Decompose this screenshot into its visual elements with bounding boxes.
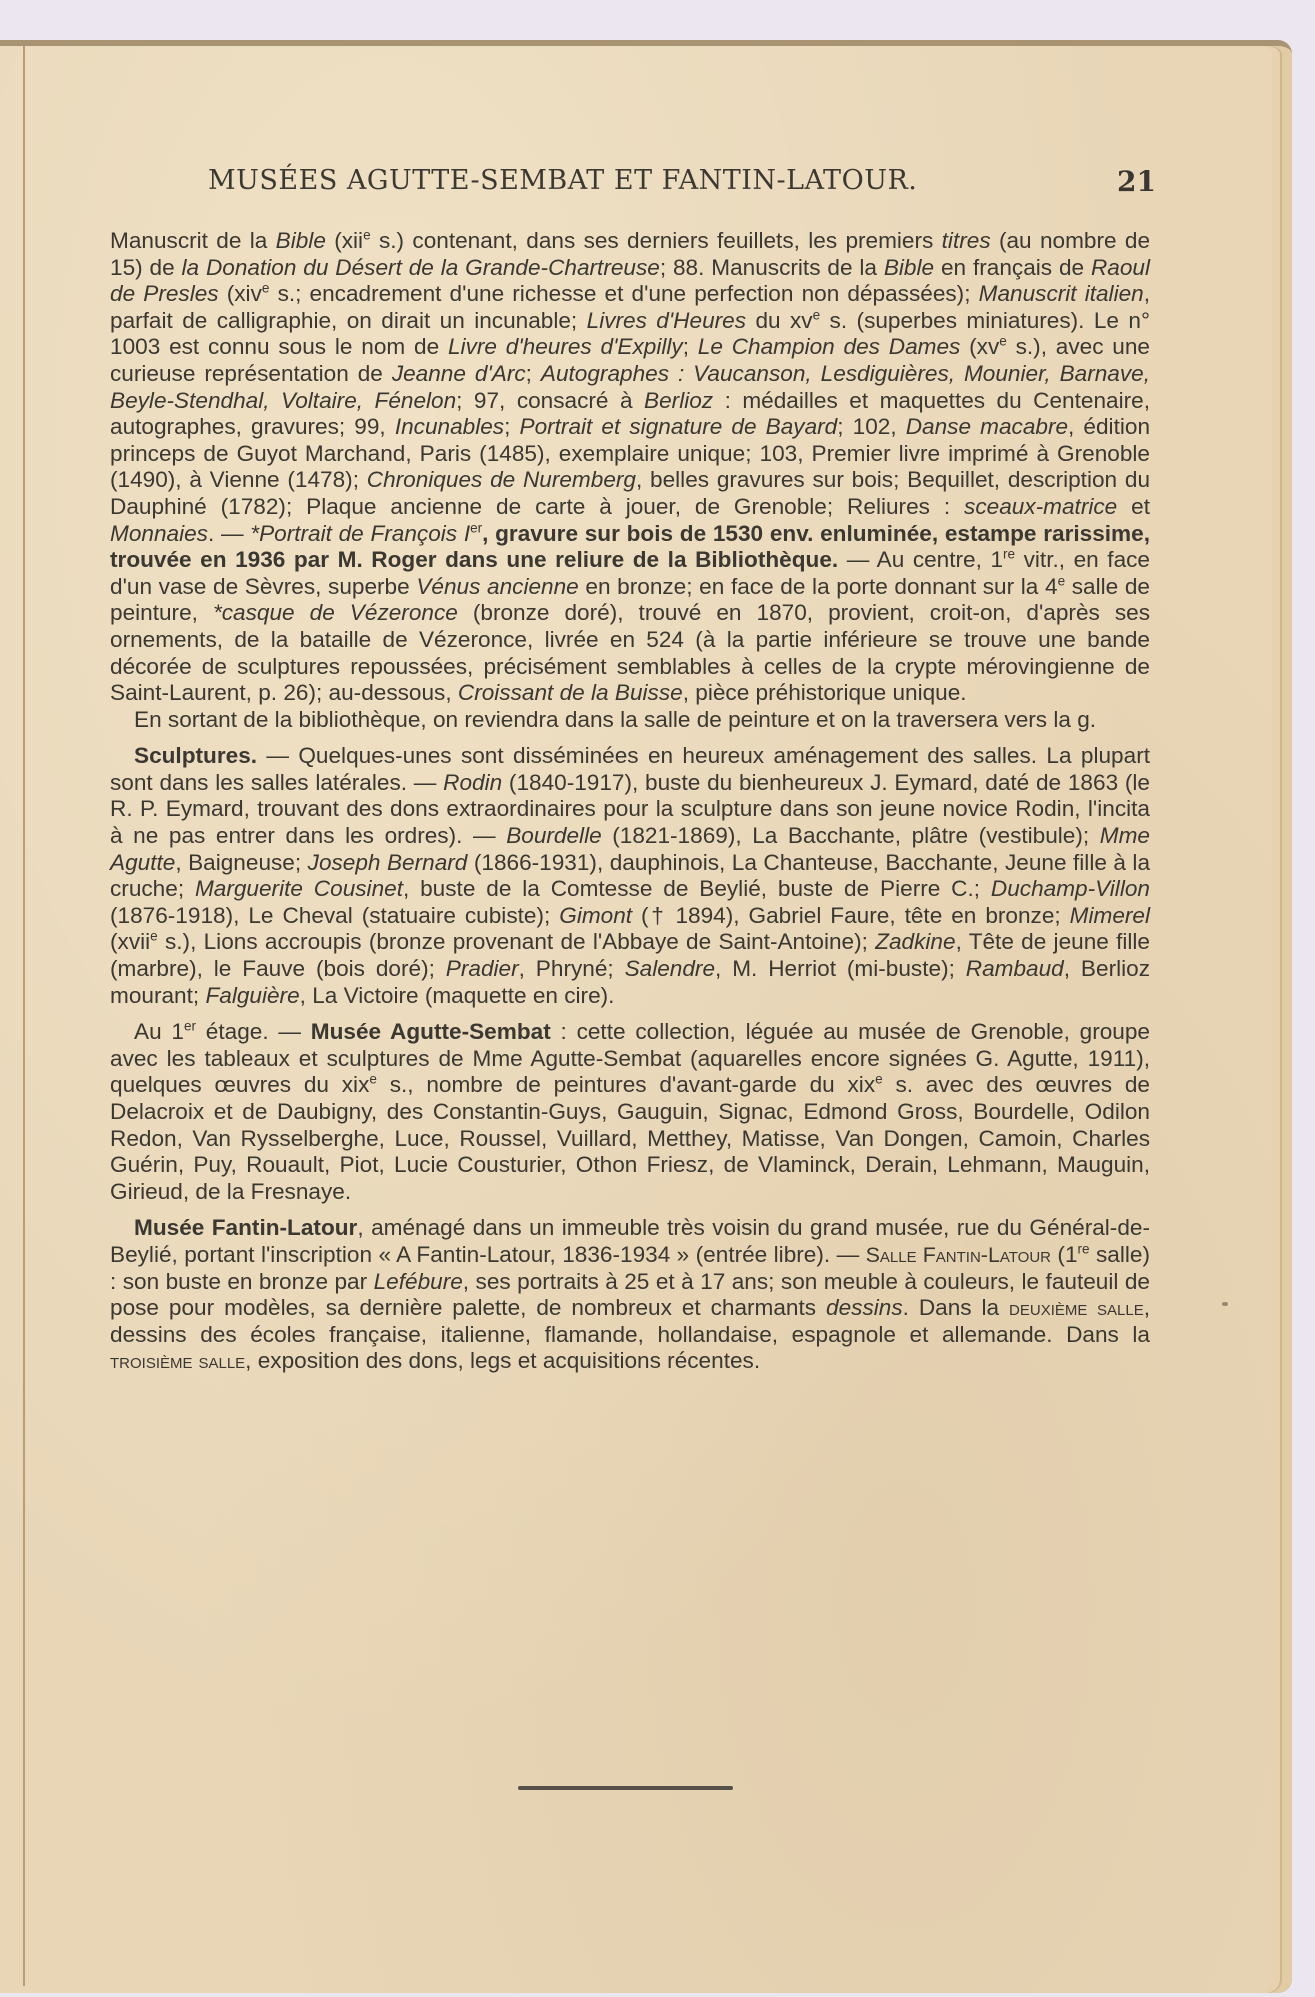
margin-mark (1222, 1302, 1228, 1306)
page-number: 21 (1117, 165, 1156, 198)
paragraph-sculptures: Sculptures. — Quelques-unes sont dissémi… (110, 743, 1150, 1009)
page-gutter-line (23, 46, 25, 1986)
paragraph-exit-library: En sortant de la bibliothèque, on revien… (110, 707, 1150, 734)
paragraph-library-items: Manuscrit de la Bible (xiie s.) contenan… (110, 228, 1150, 707)
paragraph-musee-agutte-sembat: Au 1er étage. — Musée Agutte-Sembat : ce… (110, 1019, 1150, 1205)
paragraph-musee-fantin-latour: Musée Fantin-Latour, aménagé dans un imm… (110, 1215, 1150, 1375)
section-end-rule (518, 1786, 733, 1790)
body-text: Manuscrit de la Bible (xiie s.) contenan… (110, 228, 1150, 1375)
running-head: MUSÉES AGUTTE-SEMBAT ET FANTIN-LATOUR. (208, 165, 1148, 196)
